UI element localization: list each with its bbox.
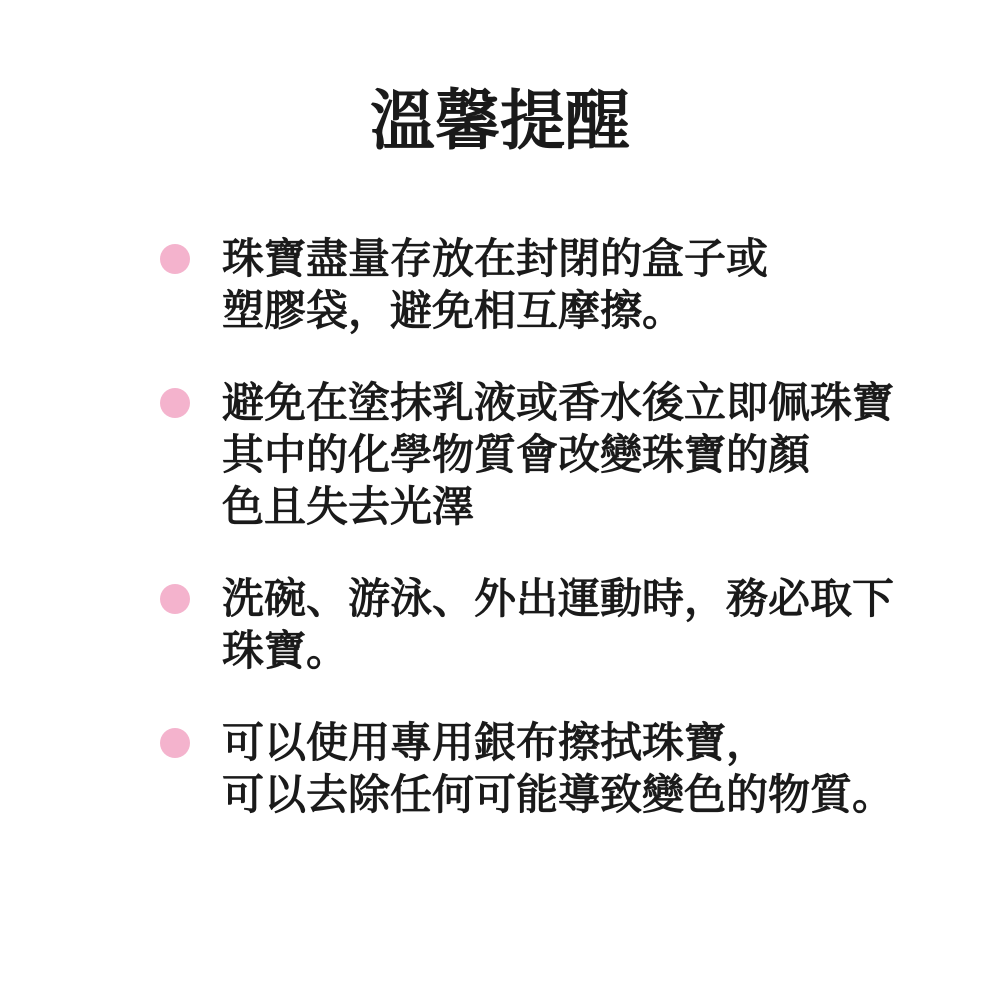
bullet-text: 避免在塗抹乳液或香水後立即佩珠寶 其中的化學物質會改變珠寶的顏 色且失去光澤	[222, 377, 894, 533]
bullet-text: 珠寶盡量存放在封閉的盒子或 塑膠袋，避免相互摩擦。	[222, 233, 768, 337]
bullet-dot-icon	[160, 584, 190, 614]
jewelry-care-reminder-card: 溫馨提醒 珠寶盡量存放在封閉的盒子或 塑膠袋，避免相互摩擦。 避免在塗抹乳液或香…	[0, 0, 1000, 1000]
list-item: 洗碗、游泳、外出運動時，務必取下 珠寶。	[160, 573, 920, 677]
bullet-list: 珠寶盡量存放在封閉的盒子或 塑膠袋，避免相互摩擦。 避免在塗抹乳液或香水後立即佩…	[160, 233, 920, 821]
bullet-dot-icon	[160, 728, 190, 758]
list-item: 珠寶盡量存放在封閉的盒子或 塑膠袋，避免相互摩擦。	[160, 233, 920, 337]
page-title: 溫馨提醒	[0, 0, 1000, 153]
list-item: 可以使用專用銀布擦拭珠寶， 可以去除任何可能導致變色的物質。	[160, 717, 920, 821]
bullet-dot-icon	[160, 244, 190, 274]
bullet-text: 可以使用專用銀布擦拭珠寶， 可以去除任何可能導致變色的物質。	[222, 717, 894, 821]
list-item: 避免在塗抹乳液或香水後立即佩珠寶 其中的化學物質會改變珠寶的顏 色且失去光澤	[160, 377, 920, 533]
bullet-text: 洗碗、游泳、外出運動時，務必取下 珠寶。	[222, 573, 894, 677]
bullet-dot-icon	[160, 388, 190, 418]
